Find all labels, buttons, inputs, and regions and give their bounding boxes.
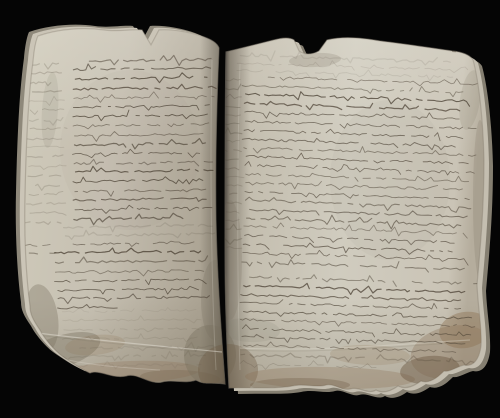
manuscript-svg: 2 — [0, 0, 500, 418]
book: 2 — [15, 25, 498, 398]
folio-number-text: 2 — [451, 45, 458, 54]
manuscript-photo: 2 — [0, 0, 500, 418]
folio-flourish — [458, 49, 482, 52]
